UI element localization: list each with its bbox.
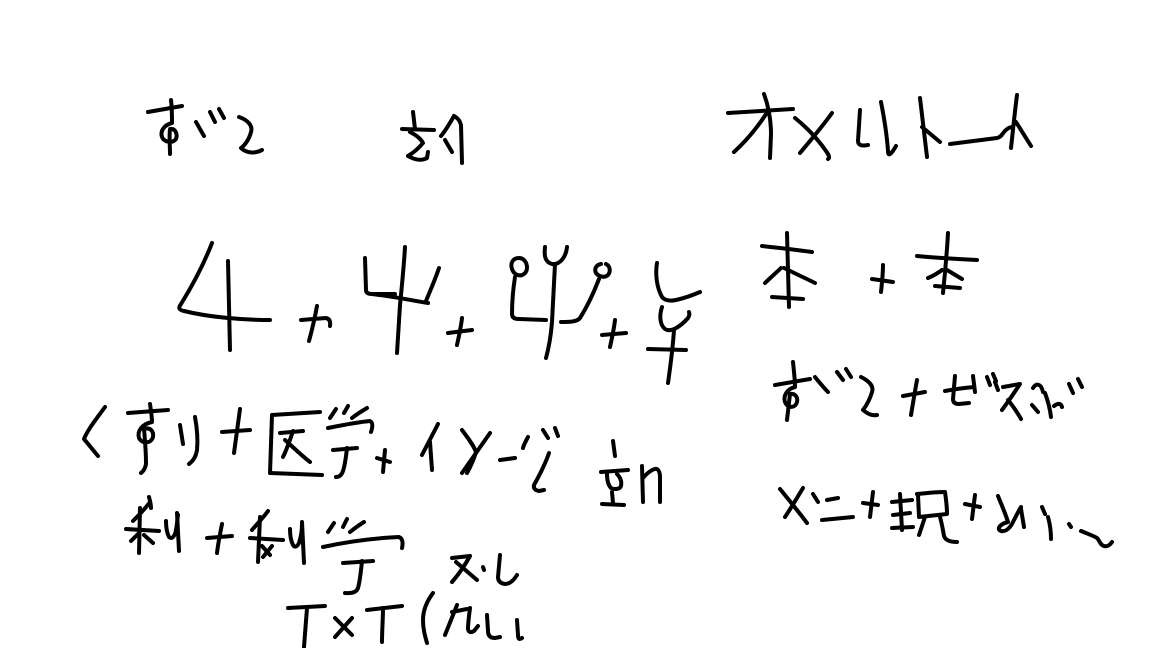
ink-stroke <box>945 387 974 391</box>
ink-stroke <box>423 593 433 643</box>
ink-stroke <box>993 374 996 381</box>
ink-stroke <box>323 537 403 548</box>
ink-group-symbol-equation-plus-1 <box>301 306 330 341</box>
ink-stroke <box>813 494 818 502</box>
ink-stroke <box>270 473 322 475</box>
ink-stroke <box>784 362 797 420</box>
ink-group-word-okeruto <box>728 94 1031 159</box>
ink-group-symbol-equation-glyph-2 <box>365 247 439 353</box>
ink-stroke <box>270 415 272 473</box>
ink-stroke <box>1048 517 1051 539</box>
ink-group-phrase-kusuri-igaku-imeji <box>84 404 660 508</box>
ink-stroke <box>545 247 567 264</box>
ink-stroke <box>601 470 628 472</box>
ink-stroke <box>892 527 913 528</box>
ink-stroke <box>919 517 925 535</box>
ink-stroke <box>1078 379 1082 387</box>
ink-stroke <box>612 492 613 503</box>
ink-stroke <box>1008 400 1021 419</box>
ink-stroke <box>648 349 686 350</box>
ink-stroke <box>196 122 204 136</box>
ink-stroke <box>302 522 304 563</box>
ink-stroke <box>426 268 439 301</box>
ink-group-phrase-hon-plus-hon <box>762 233 977 307</box>
ink-stroke <box>973 376 975 392</box>
ink-stroke <box>555 428 558 436</box>
ink-stroke <box>1032 405 1038 412</box>
ink-stroke <box>500 458 515 460</box>
ink-stroke <box>126 529 159 531</box>
ink-stroke <box>512 277 546 320</box>
ink-group-phrase-kako-gen-mirai <box>780 488 1112 546</box>
ink-stroke <box>219 109 224 118</box>
ink-stroke <box>309 306 317 341</box>
ink-stroke <box>827 498 838 500</box>
ink-stroke <box>1016 122 1031 146</box>
ink-stroke <box>330 409 336 418</box>
ink-stroke <box>144 535 153 543</box>
ink-stroke <box>343 519 347 527</box>
ink-stroke <box>1069 524 1071 527</box>
ink-stroke <box>343 561 373 563</box>
ink-stroke <box>328 421 372 432</box>
ink-stroke <box>822 517 853 520</box>
ink-stroke <box>498 555 517 584</box>
ink-stroke <box>656 263 700 301</box>
ink-stroke <box>210 112 215 122</box>
ink-stroke <box>272 412 320 415</box>
ink-stroke <box>943 233 948 293</box>
ink-stroke <box>345 561 362 593</box>
ink-stroke <box>131 534 138 541</box>
ink-stroke <box>595 264 610 277</box>
ink-stroke <box>483 567 484 570</box>
ink-stroke <box>917 492 947 517</box>
ink-group-formula-txt <box>288 593 522 647</box>
ink-stroke <box>328 523 334 532</box>
ink-stroke <box>441 116 454 136</box>
ink-stroke <box>430 442 432 470</box>
handwriting-canvas[interactable] <box>0 0 1152 648</box>
ink-stroke <box>336 448 347 477</box>
ink-stroke <box>1042 507 1045 514</box>
ink-stroke <box>179 243 270 320</box>
ink-stroke <box>413 112 415 129</box>
ink-stroke <box>408 132 428 160</box>
ink-stroke <box>177 513 179 551</box>
ink-stroke <box>607 474 621 489</box>
ink-stroke <box>452 556 470 582</box>
ink-stroke <box>668 330 674 383</box>
ink-stroke <box>543 430 548 438</box>
ink-stroke <box>250 538 283 540</box>
ink-stroke <box>1033 385 1043 392</box>
ink-stroke <box>917 256 977 260</box>
ink-stroke <box>643 469 660 502</box>
ink-stroke <box>454 116 462 163</box>
ink-group-phrase-ka-plus-kagaku <box>126 502 403 593</box>
ink-stroke <box>870 492 873 517</box>
ink-stroke <box>764 94 771 158</box>
ink-stroke <box>546 264 555 358</box>
ink-stroke <box>728 109 793 113</box>
ink-stroke <box>1054 404 1062 407</box>
ink-group-symbol-equation-glyph-4 <box>648 263 700 383</box>
ink-stroke <box>304 608 307 647</box>
ink-stroke <box>382 608 383 642</box>
ink-stroke <box>189 417 197 464</box>
ink-stroke <box>602 504 624 505</box>
ink-stroke <box>217 524 222 553</box>
ink-stroke <box>487 615 500 638</box>
ink-group-note-small <box>452 555 517 584</box>
ink-stroke <box>1045 393 1051 417</box>
ink-stroke <box>285 440 310 462</box>
ink-stroke <box>998 496 1021 531</box>
ink-stroke-layer <box>84 94 1112 647</box>
ink-stroke <box>935 286 960 288</box>
ink-stroke <box>365 258 395 294</box>
ink-stroke <box>344 406 348 413</box>
ink-stroke <box>972 495 975 519</box>
ink-stroke <box>892 500 912 502</box>
ink-stroke <box>350 522 364 532</box>
ink-group-symbol-equation-plus-3 <box>602 320 626 347</box>
ink-stroke <box>1069 384 1073 393</box>
ink-stroke <box>517 620 522 639</box>
ink-stroke <box>775 379 810 385</box>
ink-stroke <box>383 450 385 472</box>
ink-stroke <box>561 279 599 322</box>
ink-stroke <box>228 261 230 350</box>
ink-stroke <box>947 270 962 279</box>
ink-group-symbol-equation-glyph-1 <box>179 243 270 350</box>
ink-stroke <box>861 377 877 415</box>
ink-group-phrase-subete-plus-zenbu <box>775 362 1082 420</box>
ink-stroke <box>995 382 998 390</box>
ink-group-symbol-equation-plus-2 <box>448 318 472 345</box>
ink-stroke <box>468 608 478 632</box>
ink-stroke <box>940 517 957 542</box>
ink-group-word-subete-title <box>148 100 262 154</box>
ink-stroke <box>881 102 896 154</box>
ink-stroke <box>846 369 851 377</box>
ink-stroke <box>239 117 262 152</box>
ink-stroke <box>180 425 183 444</box>
ink-stroke <box>987 377 990 385</box>
ink-stroke <box>84 407 105 456</box>
ink-stroke <box>950 127 1013 144</box>
ink-stroke <box>837 372 843 380</box>
whiteboard-page <box>0 0 1152 648</box>
ink-stroke <box>139 404 154 473</box>
ink-stroke <box>642 466 643 502</box>
ink-stroke <box>523 437 528 448</box>
ink-stroke <box>511 258 527 275</box>
ink-stroke <box>1021 509 1024 527</box>
ink-stroke <box>402 129 434 130</box>
ink-stroke <box>881 265 883 292</box>
ink-stroke <box>128 410 168 413</box>
ink-stroke <box>800 113 832 153</box>
ink-stroke <box>148 106 182 112</box>
ink-stroke <box>815 377 828 392</box>
ink-stroke <box>911 380 917 415</box>
ink-stroke <box>893 513 910 515</box>
ink-stroke <box>290 524 302 547</box>
ink-stroke <box>928 270 942 278</box>
ink-group-symbol-equation-glyph-3 <box>511 247 609 358</box>
ink-group-word-kanji-title <box>402 112 462 163</box>
ink-stroke <box>660 307 689 330</box>
ink-stroke <box>772 297 803 299</box>
ink-stroke <box>613 441 615 456</box>
ink-stroke <box>858 110 868 146</box>
ink-stroke <box>1081 531 1112 546</box>
ink-stroke <box>534 453 549 491</box>
ink-stroke <box>765 268 781 283</box>
ink-stroke <box>734 114 766 152</box>
ink-stroke <box>445 140 452 152</box>
ink-stroke <box>352 408 367 418</box>
